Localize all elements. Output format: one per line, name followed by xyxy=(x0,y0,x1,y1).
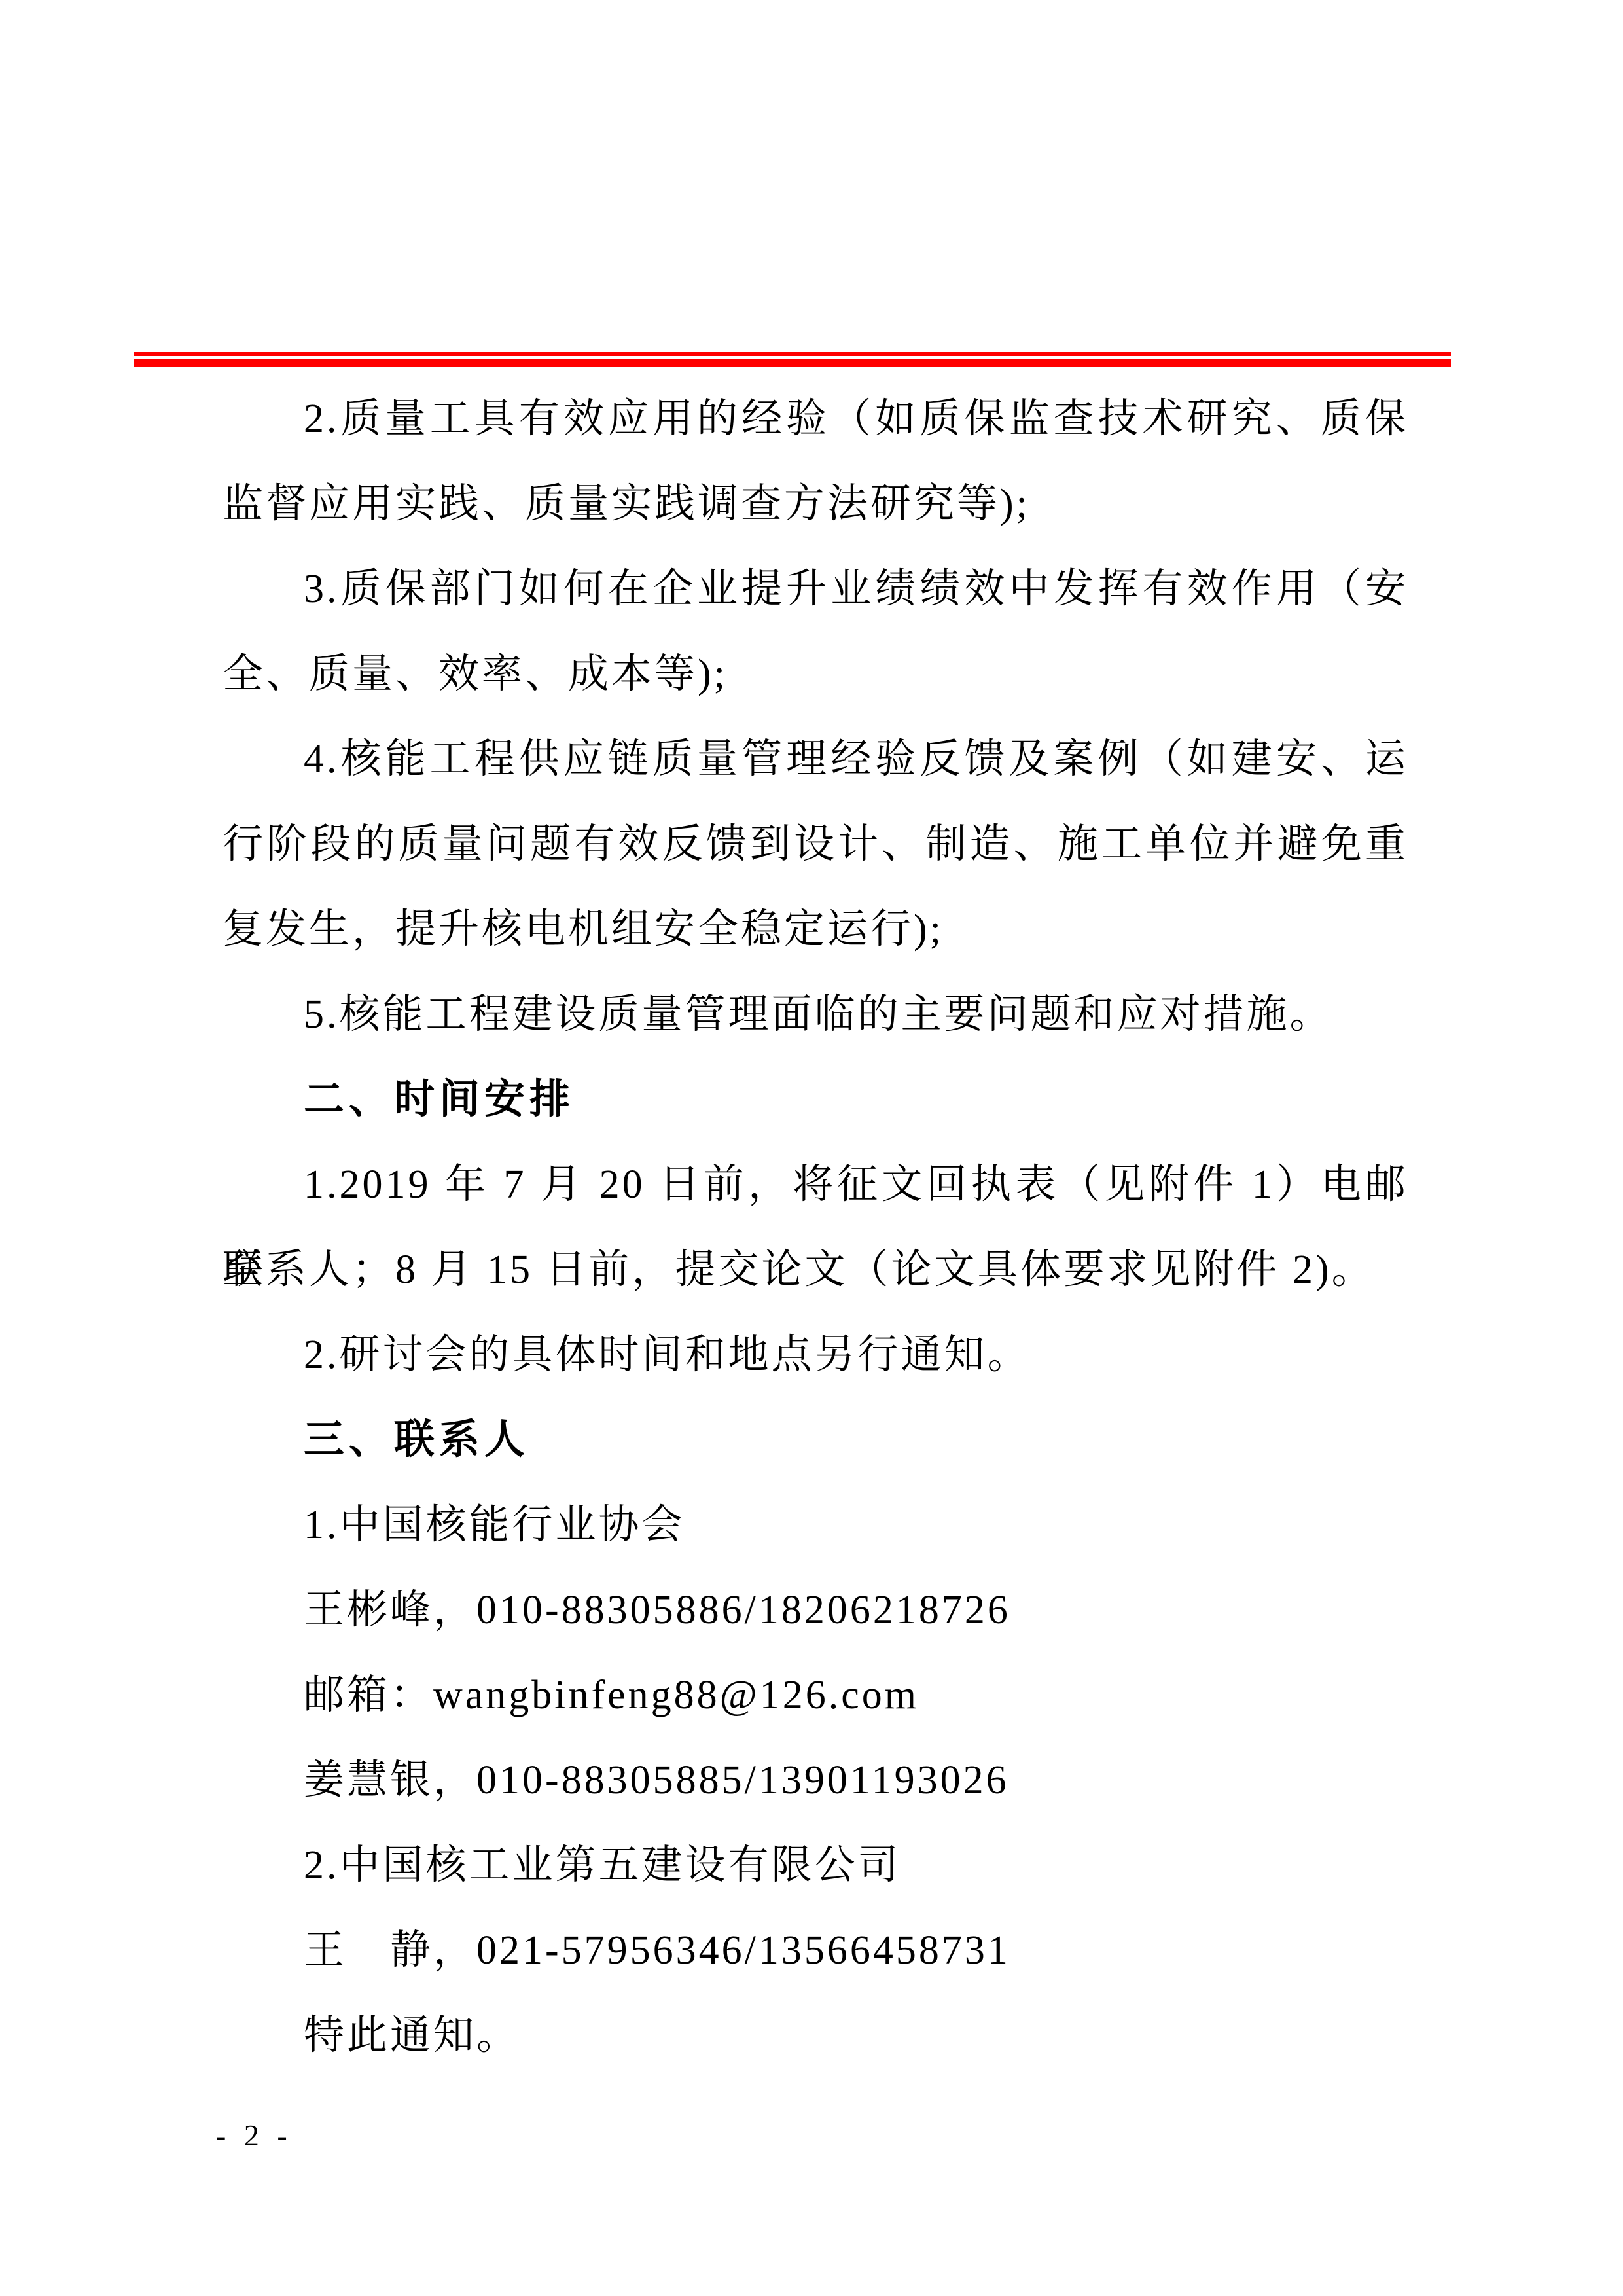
text-line: 全、质量、效率、成本等); xyxy=(223,632,1408,717)
text-line: 3.质保部门如何在企业提升业绩绩效中发挥有效作用（安 xyxy=(223,547,1408,632)
text-line: 1.2019 年 7 月 20 日前，将征文回执表（见附件 1）电邮至 xyxy=(223,1142,1408,1227)
section-heading-schedule: 二、时间安排 xyxy=(223,1057,1408,1142)
text-line: 5.核能工程建设质量管理面临的主要问题和应对措施。 xyxy=(223,972,1408,1057)
section-heading-contacts: 三、联系人 xyxy=(223,1397,1408,1482)
text-line: 行阶段的质量问题有效反馈到设计、制造、施工单位并避免重 xyxy=(223,802,1408,887)
contact-phone-line: 王彬峰，010-88305886/18206218726 xyxy=(223,1568,1408,1653)
text-line: 监督应用实践、质量实践调查方法研究等); xyxy=(223,461,1408,547)
text-line: 复发生，提升核电机组安全稳定运行); xyxy=(223,887,1408,972)
text-line: 2.研讨会的具体时间和地点另行通知。 xyxy=(223,1312,1408,1397)
page-number: - 2 - xyxy=(216,2113,293,2159)
contact-phone-line: 姜慧银，010-88305885/13901193026 xyxy=(223,1738,1408,1823)
text-line: 1.中国核能行业协会 xyxy=(223,1482,1408,1568)
contact-email-line: 邮箱：wangbinfeng88@126.com xyxy=(223,1653,1408,1738)
text-line: 2.质量工具有效应用的经验（如质保监查技术研究、质保 xyxy=(223,376,1408,461)
document-body: 2.质量工具有效应用的经验（如质保监查技术研究、质保 监督应用实践、质量实践调查… xyxy=(223,376,1408,2078)
text-line: 联系人；8 月 15 日前，提交论文（论文具体要求见附件 2)。 xyxy=(223,1227,1408,1312)
text-line: 4.核能工程供应链质量管理经验反馈及案例（如建安、运 xyxy=(223,717,1408,802)
text-line: 2.中国核工业第五建设有限公司 xyxy=(223,1823,1408,1908)
red-divider-thick-line xyxy=(134,359,1451,367)
document-page: 2.质量工具有效应用的经验（如质保监查技术研究、质保 监督应用实践、质量实践调查… xyxy=(0,0,1623,2296)
red-divider-thin-line xyxy=(134,352,1451,356)
contact-phone-line: 王 静，021-57956346/13566458731 xyxy=(223,1908,1408,1993)
text-line: 特此通知。 xyxy=(223,1993,1408,2078)
